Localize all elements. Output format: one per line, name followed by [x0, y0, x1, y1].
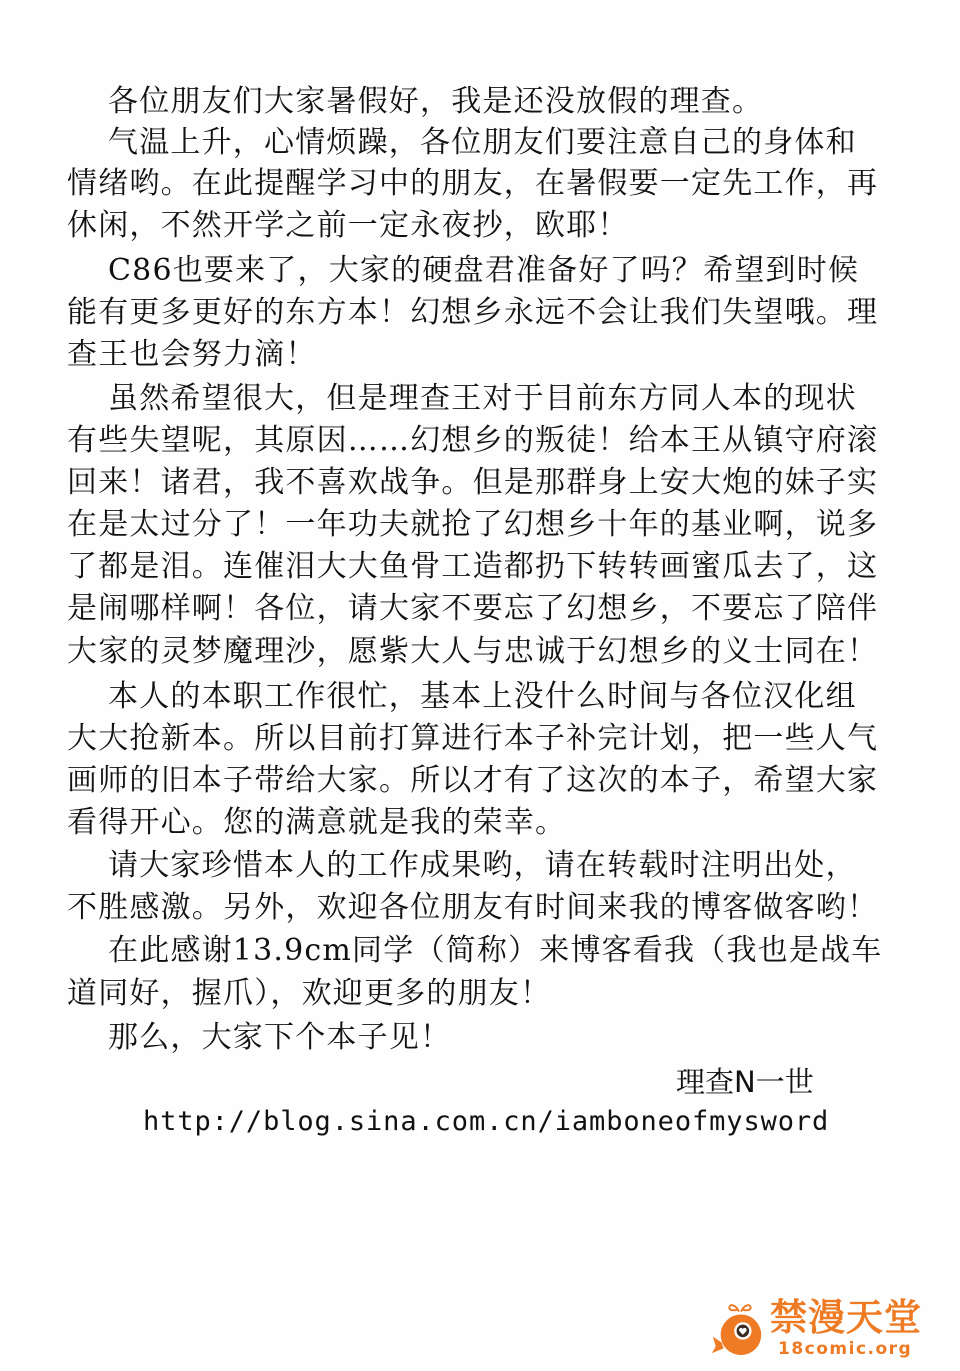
paragraph-3-line-3: 查王也会努力滴！ [67, 337, 317, 373]
paragraph-5-line-2: 大大抢新本。所以目前打算进行本子补完计划，把一些人气 [67, 721, 878, 757]
paragraph-5-line-4: 看得开心。您的满意就是我的荣幸。 [67, 805, 566, 841]
paragraph-4-line-6: 是闹哪样啊！各位，请大家不要忘了幻想乡，不要忘了陪伴 [67, 591, 878, 627]
paragraph-4-line-7: 大家的灵梦魔理沙，愿紫大人与忠诚于幻想乡的义士同在！ [67, 634, 878, 670]
watermark-logo: 禁漫天堂 18comic.org [708, 1292, 938, 1364]
blog-url: http://blog.sina.com.cn/iamboneofmysword [143, 1104, 829, 1140]
paragraph-4-line-1: 虽然希望很大，但是理查王对于目前东方同人本的现状 [108, 381, 857, 417]
author-signature: 理查N一世 [676, 1064, 814, 1100]
paragraph-6-line-2: 不胜感激。另外，欢迎各位朋友有时间来我的博客做客哟！ [67, 890, 878, 926]
paragraph-2-line-2: 情绪哟。在此提醒学习中的朋友，在暑假要一定先工作，再 [67, 166, 878, 202]
paragraph-8-line-1: 那么，大家下个本子见！ [108, 1020, 451, 1056]
paragraph-5-line-1: 本人的本职工作很忙，基本上没什么时间与各位汉化组 [108, 679, 857, 715]
paragraph-4-line-4: 在是太过分了！一年功夫就抢了幻想乡十年的基业啊，说多 [67, 507, 878, 543]
paragraph-4-line-5: 了都是泪。连催泪大大鱼骨工造都扔下转转画蜜瓜去了，这 [67, 549, 878, 585]
paragraph-3-line-1: C86也要来了，大家的硬盘君准备好了吗？希望到时候 [108, 253, 859, 289]
watermark-domain: 18comic.org [778, 1339, 912, 1359]
paragraph-7-line-1: 在此感谢13.9cm同学（简称）来博客看我（我也是战车 [108, 933, 882, 969]
paragraph-2-line-3: 休闲，不然开学之前一定永夜抄，欧耶！ [67, 208, 629, 244]
paragraph-4-line-3: 回来！诸君，我不喜欢战争。但是那群身上安大炮的妹子实 [67, 465, 878, 501]
paragraph-1-line-1: 各位朋友们大家暑假好，我是还没放假的理查。 [108, 84, 763, 120]
paragraph-3-line-2: 能有更多更好的东方本！幻想乡永远不会让我们失望哦。理 [67, 295, 878, 331]
paragraph-2-line-1: 气温上升，心情烦躁，各位朋友们要注意自己的身体和 [108, 125, 857, 161]
whale-mascot-icon [710, 1300, 768, 1358]
paragraph-5-line-3: 画师的旧本子带给大家。所以才有了这次的本子，希望大家 [67, 763, 878, 799]
watermark-brand-name: 禁漫天堂 [770, 1298, 922, 1338]
paragraph-6-line-1: 请大家珍惜本人的工作成果哟，请在转载时注明出处， [108, 848, 857, 884]
paragraph-7-line-2: 道同好，握爪），欢迎更多的朋友！ [67, 976, 551, 1012]
document-page: 各位朋友们大家暑假好，我是还没放假的理查。 气温上升，心情烦躁，各位朋友们要注意… [0, 0, 960, 1371]
paragraph-4-line-2: 有些失望呢，其原因……幻想乡的叛徒！给本王从镇守府滚 [67, 423, 878, 459]
